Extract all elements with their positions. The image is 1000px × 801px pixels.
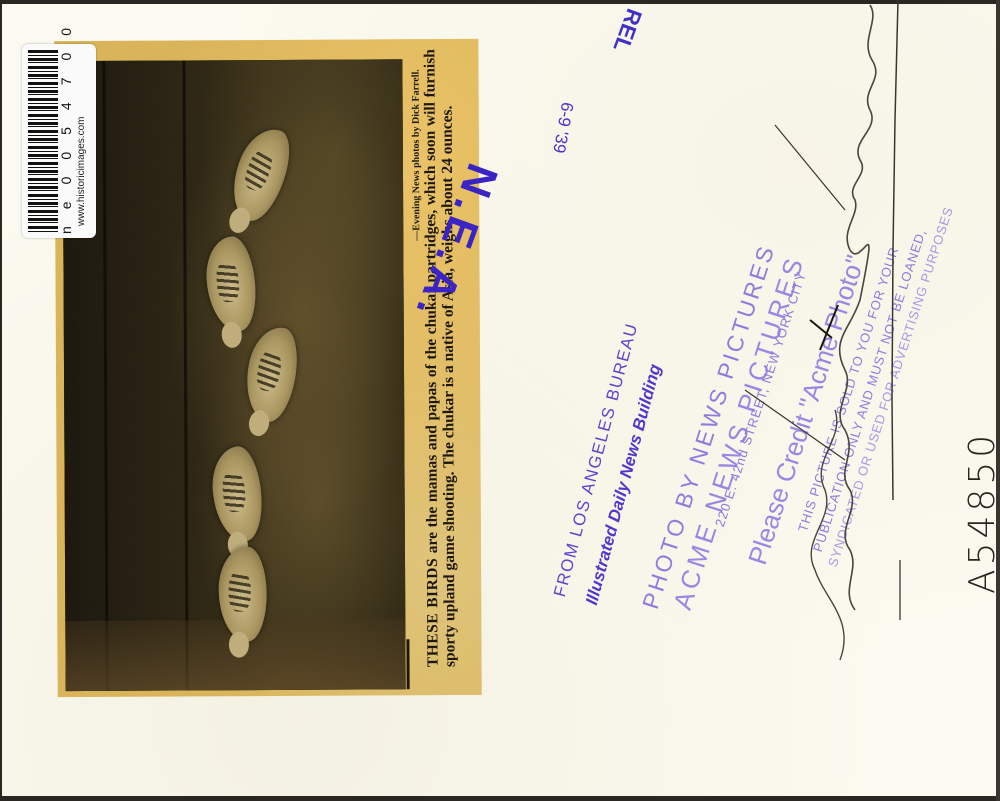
newspaper-clipping: —Evening News photos by Dick Farrell. TH… [54, 39, 481, 697]
bird-figure [203, 235, 260, 334]
barcode-url: www.historicimages.com [76, 36, 88, 226]
caption-block: —Evening News photos by Dick Farrell. TH… [406, 39, 481, 679]
clipping-photo [62, 59, 405, 691]
caption-text: THESE BIRDS are the mamas and papas of t… [421, 49, 458, 667]
wall-board-line [182, 60, 188, 690]
barcode-sticker: ne0054700 www.historicimages.com [22, 44, 96, 238]
scan-edge [996, 0, 1000, 801]
rel-stamp: REL [608, 5, 647, 55]
bird-figure [240, 323, 303, 425]
bird-figure [222, 121, 299, 227]
barcode-icon [28, 50, 58, 232]
caption-lead: THESE BIRDS [424, 558, 442, 667]
date-stamp: 6-9 '39 [548, 101, 577, 155]
bird-figure [209, 445, 266, 544]
barcode-digits: ne0054700 [58, 40, 76, 234]
wall-board-line [102, 61, 108, 691]
photo-card-back: —Evening News photos by Dick Farrell. TH… [2, 4, 996, 796]
inventory-number: A54850 [962, 431, 1000, 594]
